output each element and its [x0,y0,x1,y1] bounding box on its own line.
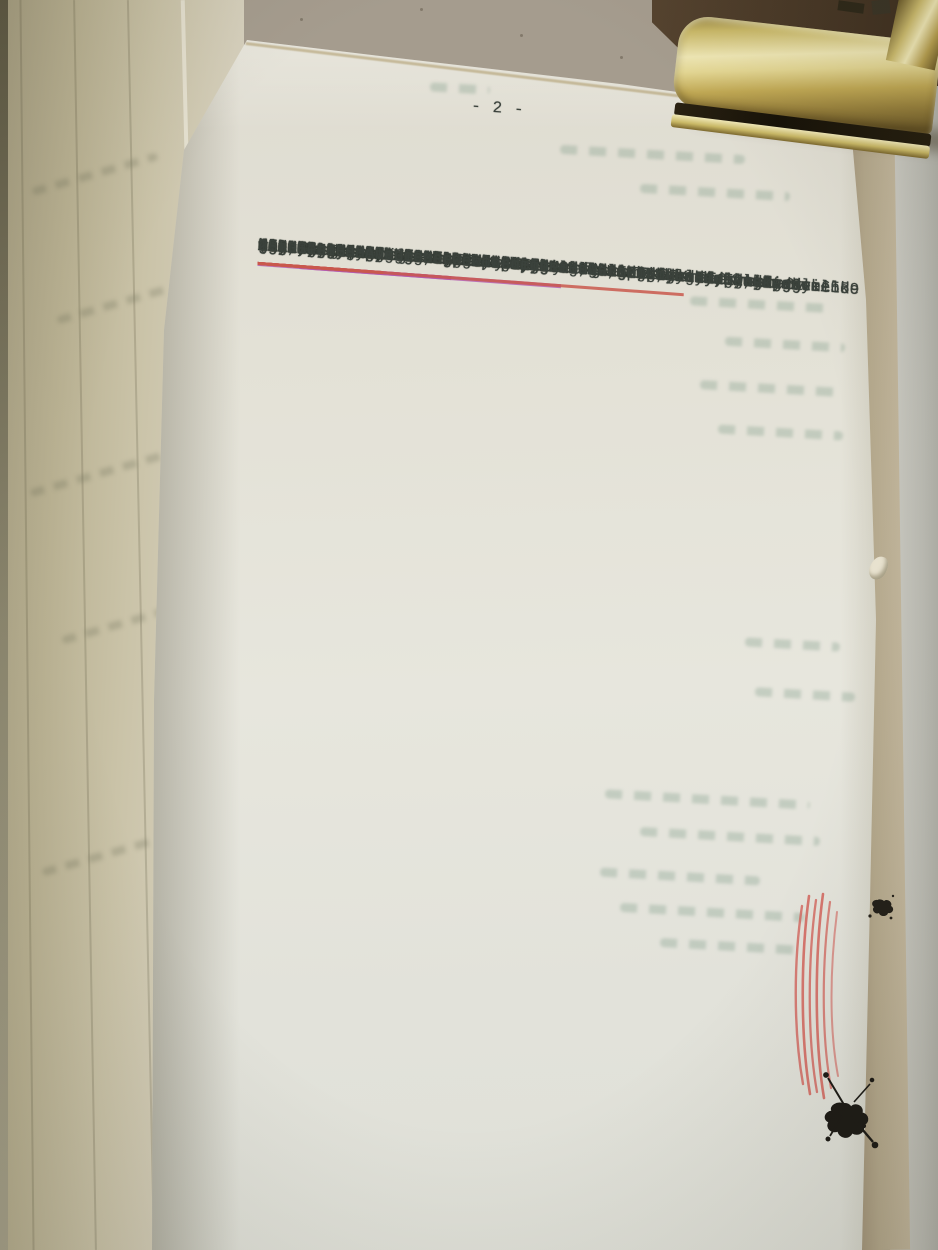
cardboard-speck [520,34,523,37]
cardboard-speck [420,8,423,11]
ink-blot-large [818,1066,890,1150]
binder-clip-hinge [871,0,890,15]
spine-shadow [0,0,8,1250]
cardboard-speck [300,18,303,21]
ink-blot-small [866,890,896,922]
page-number: - 2 - [471,91,526,126]
document-photo: - 2 - My gemelde seun IZAK ABRAHAM VAN N… [0,0,938,1250]
cardboard-speck [620,56,623,59]
